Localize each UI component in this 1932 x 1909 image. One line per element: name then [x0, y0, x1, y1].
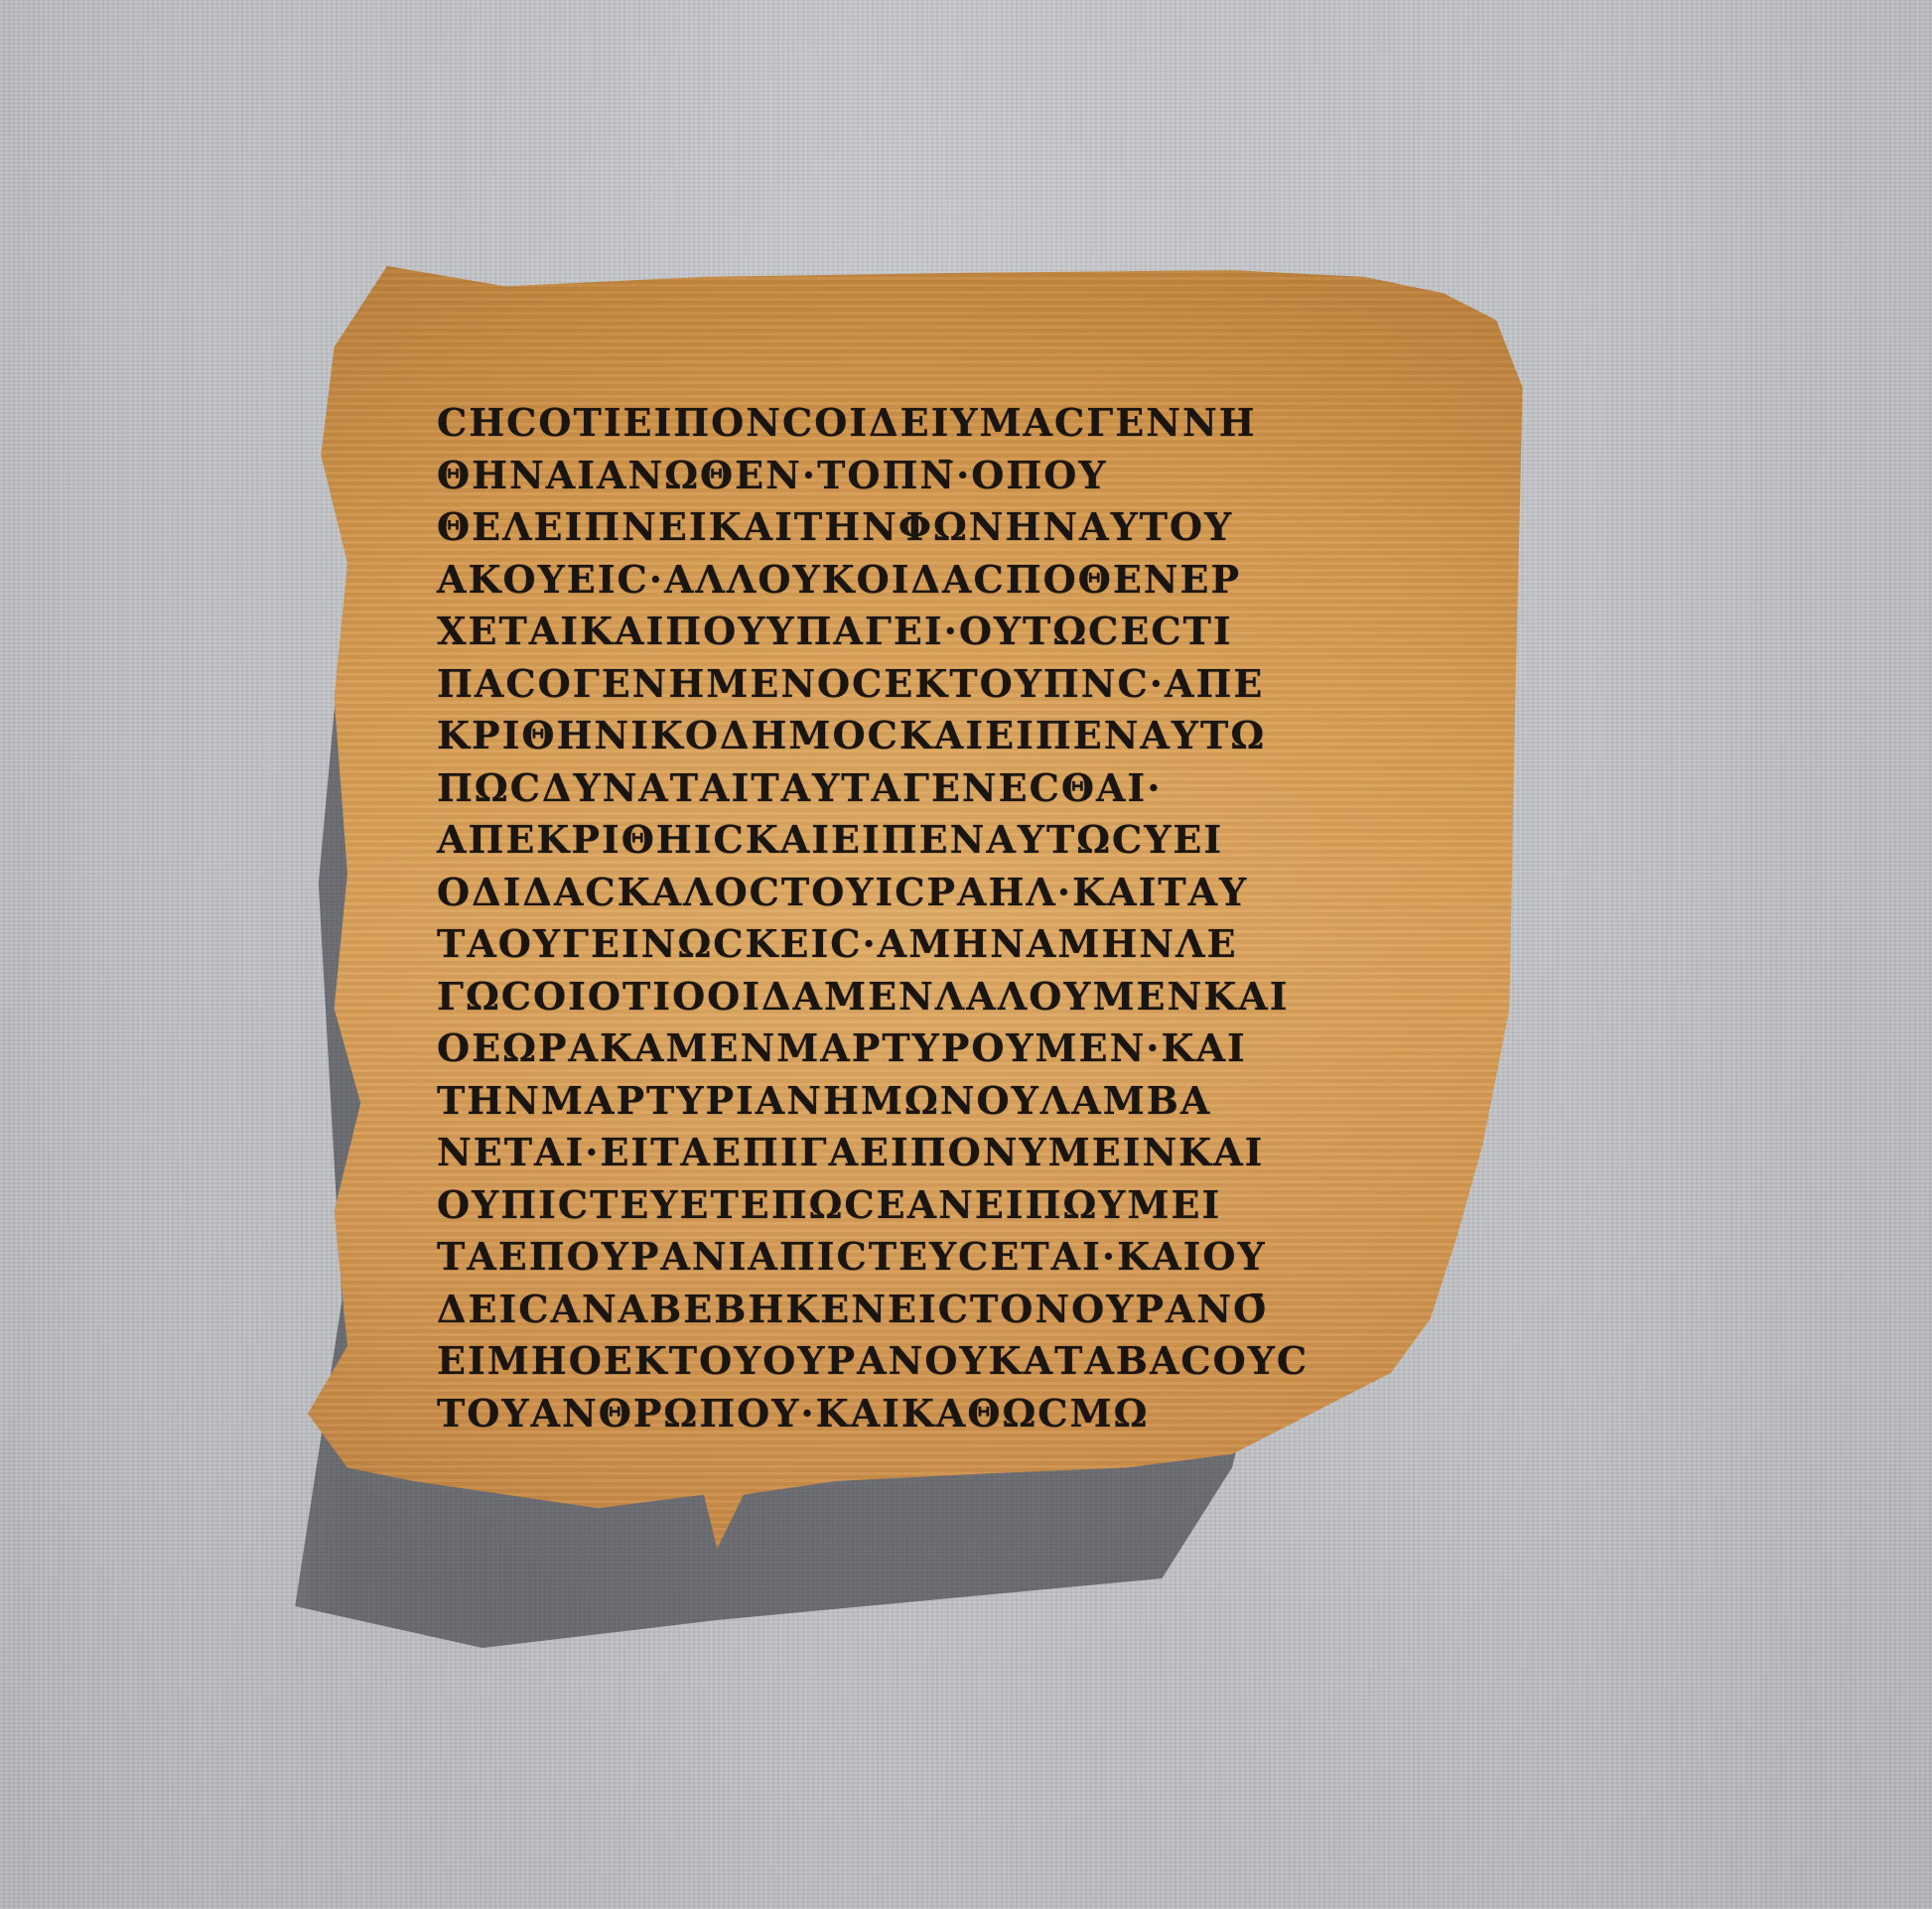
manuscript-line: CHCOTIEIΠONCOIΔEIΥΜΑCΓΕΝΝΗ	[437, 397, 1430, 450]
manuscript-text: CHCOTIEIΠONCOIΔEIΥΜΑCΓΕΝΝΗ ΘΗΝΑΙΑΝΩΘΕΝ·Τ…	[437, 397, 1430, 1439]
manuscript-line: ΘΕΛΕΙΠΝΕΙΚΑΙΤΗΝΦΩΝΗΝΑΥΤΟΥ	[437, 501, 1430, 554]
manuscript-line: ΟΥΠΙCΤΕΥΕΤΕΠΩCΕΑΝΕΙΠΩΥΜΕΙ	[437, 1179, 1430, 1232]
manuscript-line: ΚΡΙΘΗΝΙΚΟΔΗΜΟCΚΑΙΕΙΠΕΝΑΥΤΩ	[437, 710, 1430, 762]
manuscript-line: ΤΑΟΥΓΕΙΝΩCΚΕΙC·ΑΜΗΝΑΜΗΝΛΕ	[437, 918, 1430, 971]
manuscript-line: ΘΗΝΑΙΑΝΩΘΕΝ·ΤΟΠΝ̄·ΟΠΟΥ	[437, 450, 1430, 502]
manuscript-line: ΟΕΩΡΑΚΑΜΕΝΜΑΡΤΥΡΟΥΜΕΝ·ΚΑΙ	[437, 1023, 1430, 1075]
manuscript-line: ΟΔΙΔΑCΚΑΛΟCΤΟΥΙCΡΑΗΛ·ΚΑΙΤΑΥ	[437, 867, 1430, 919]
manuscript-line: ΧΕΤΑΙΚΑΙΠΟΥΥΠΑΓΕΙ·ΟΥΤΩCΕCΤΙ	[437, 606, 1430, 658]
manuscript-line: ΕΙΜΗΟΕΚΤΟΥΟΥΡΑΝΟΥΚΑΤΑΒΑCΟΥC	[437, 1335, 1430, 1388]
manuscript-line: ΠΩCΔΥΝΑΤΑΙΤΑΥΤΑΓΕΝΕCΘΑΙ·	[437, 762, 1430, 815]
manuscript-line: ΤΗΝΜΑΡΤΥΡΙΑΝΗΜΩΝΟΥΛΑΜΒΑ	[437, 1075, 1430, 1128]
manuscript-line: ΑΚΟΥΕΙC·ΑΛΛΟΥΚΟΙΔΑCΠΟΘΕΝΕΡ	[437, 554, 1430, 607]
manuscript-line: ΠΑCΟΓΕΝΗΜΕΝΟCΕΚΤΟΥΠΝC·ΑΠΕ	[437, 658, 1430, 711]
manuscript-line: ΤΑΕΠΟΥΡΑΝΙΑΠΙCΤΕΥCΕΤΑΙ·ΚΑΙΟΥ	[437, 1231, 1430, 1284]
manuscript-line: ΑΠΕΚΡΙΘΗΙCΚΑΙΕΙΠΕΝΑΥΤΩCΥΕΙ	[437, 814, 1430, 867]
manuscript-line: ΤΟΥΑΝΘΡΩΠΟΥ·ΚΑΙΚΑΘΩCΜΩ	[437, 1388, 1430, 1440]
manuscript-line: ΝΕΤΑΙ·ΕΙΤΑΕΠΙΓΑΕΙΠΟΝΥΜΕΙΝΚΑΙ	[437, 1127, 1430, 1179]
manuscript-line: ΓΩCΟΙΟΤΙΟΟΙΔΑΜΕΝΛΑΛΟΥΜΕΝΚΑΙ	[437, 971, 1430, 1023]
manuscript-line: ΔΕΙCΑΝΑΒΕΒΗΚΕΝΕΙCΤΟΝΟΥΡΑΝΟ̄	[437, 1284, 1430, 1336]
